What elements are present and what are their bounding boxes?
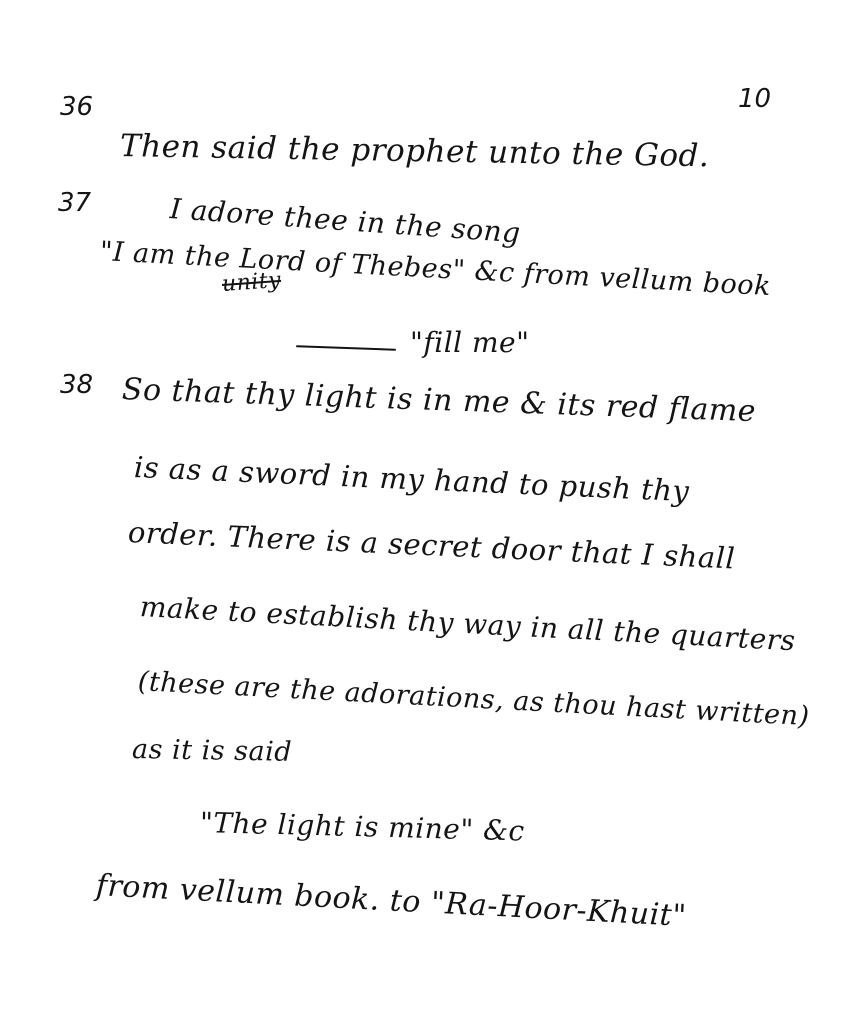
verse-38-line-4: make to establish thy way in all the qua…: [139, 590, 796, 657]
verse-38-line-5: (these are the adorations, as thou hast …: [137, 666, 810, 732]
verse-37-line-4: "fill me": [410, 326, 530, 359]
verse-37-interlinear-unity: unity: [221, 268, 282, 297]
verse-38-line-7: "The light is mine" &c: [200, 806, 526, 847]
verse-38-line-3: order. There is a secret door that I sha…: [127, 515, 736, 575]
verse-37-line-1: I adore thee in the song: [169, 192, 522, 249]
verse-number-36: 36: [60, 92, 93, 122]
verse-38-line-1: So that thy light is in me & its red fla…: [121, 372, 756, 429]
dash-separator: [296, 345, 396, 350]
verse-number-37: 37: [58, 188, 91, 218]
verse-38-line-6: as it is said: [132, 734, 293, 768]
verse-38-line-8: from vellum book. to "Ra-Hoor-Khuit": [95, 868, 687, 934]
verse-number-38: 38: [60, 370, 93, 400]
manuscript-page: 10 36 Then said the prophet unto the God…: [0, 0, 857, 1024]
page-number: 10: [738, 84, 771, 114]
verse-36-line-1: Then said the prophet unto the God.: [120, 128, 710, 174]
verse-37-line-2: "I am the Lord of Thebes" &c from vellum…: [99, 236, 772, 302]
verse-38-line-2: is as a sword in my hand to push thy: [133, 450, 690, 508]
